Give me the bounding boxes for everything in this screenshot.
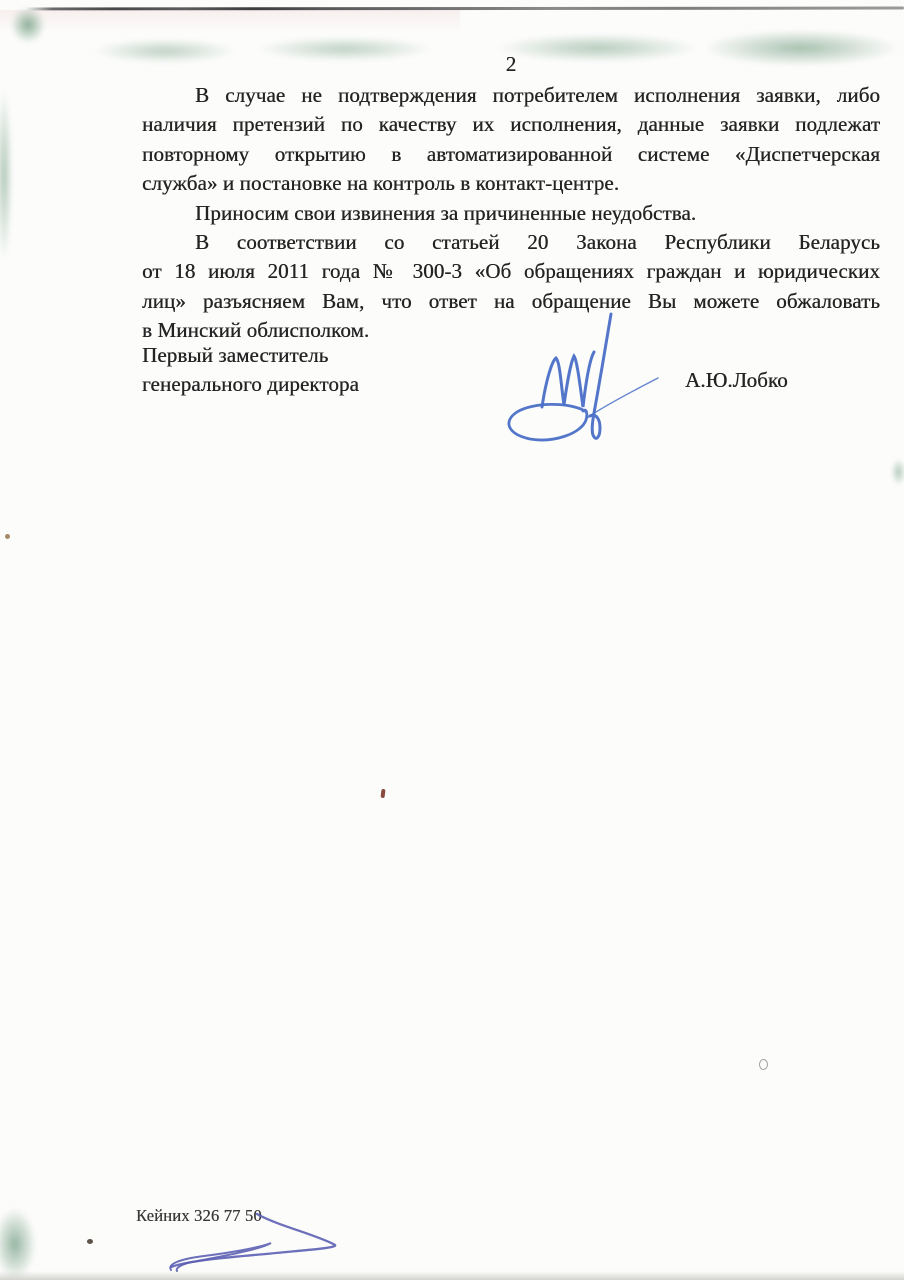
scan-pink-tint	[0, 10, 460, 32]
executor-flourish-ink	[158, 1212, 358, 1274]
signature-stroke-oval	[509, 404, 587, 440]
scan-green-speck-right	[891, 458, 904, 486]
scan-bottom-edge-shadow	[0, 1271, 904, 1280]
signer-name: А.Ю.Лобко	[685, 366, 788, 395]
letter-body: В случае не подтверждения потребителем и…	[142, 81, 880, 346]
official-title-line-1: Первый заместитель	[142, 341, 359, 370]
signature-stroke-zigzag	[542, 352, 594, 407]
flourish-stroke-1	[171, 1214, 335, 1267]
body-line: повторному открытию в автоматизированной…	[142, 140, 880, 169]
body-line: Приносим свои извинения за причиненные н…	[142, 199, 880, 228]
signature-ink	[495, 312, 670, 452]
paragraph-2: Приносим свои извинения за причиненные н…	[142, 199, 880, 228]
body-line: наличия претензий по качеству их исполне…	[142, 110, 880, 139]
scan-speck-ring	[759, 1059, 768, 1070]
scan-green-strip-left	[0, 84, 13, 266]
flourish-stroke-2	[170, 1243, 271, 1271]
official-title: Первый заместитель генерального директор…	[142, 341, 359, 400]
body-line: служба» и постановке на контроль в конта…	[142, 169, 880, 198]
page-number: 2	[142, 50, 880, 79]
official-title-line-2: генерального директора	[142, 370, 359, 399]
signature-stroke-tall	[590, 314, 611, 438]
body-line: от 18 июля 2011 года № 300-3 «Об обращен…	[142, 257, 880, 286]
body-line: В случае не подтверждения потребителем и…	[142, 81, 880, 110]
body-line: В соответствии со статьей 20 Закона Респ…	[142, 228, 880, 257]
scan-speck-brown	[5, 534, 10, 539]
scanned-letter-page: 2 В случае не подтверждения потребителем…	[0, 0, 904, 1280]
paragraph-1: В случае не подтверждения потребителем и…	[142, 81, 880, 199]
scan-speck-dark	[87, 1239, 93, 1244]
scan-green-blob-bottom-left	[0, 1206, 37, 1280]
scan-speck-red	[380, 789, 385, 798]
